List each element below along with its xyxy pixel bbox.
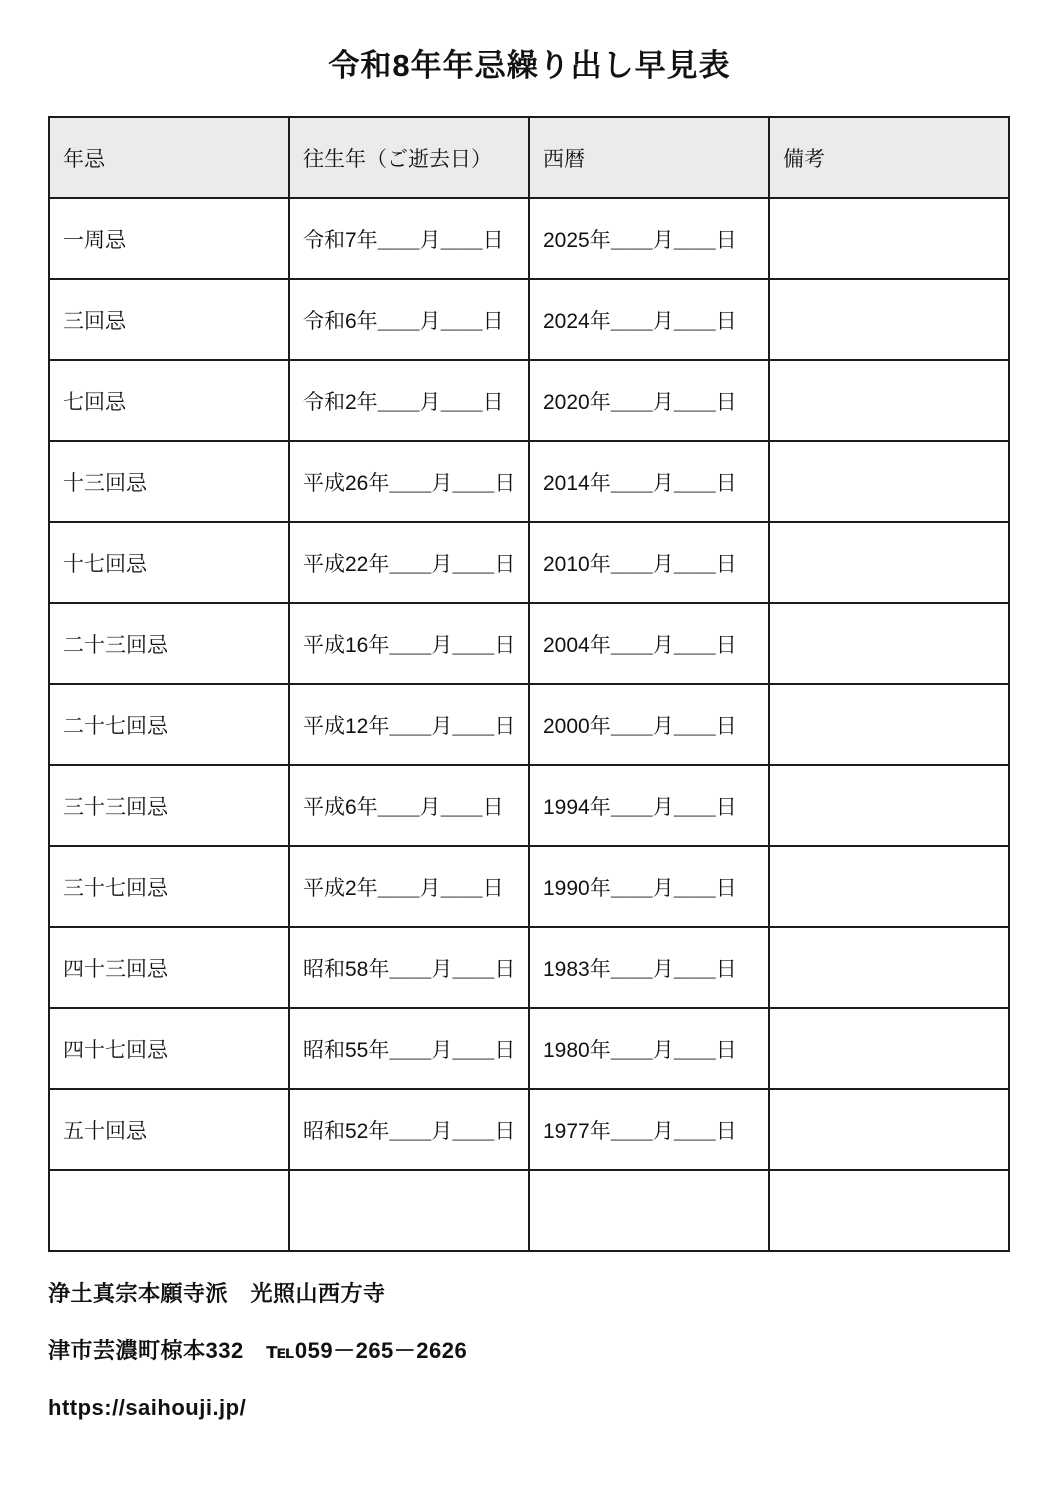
footer: 浄土真宗本願寺派 光照山西方寺 津市芸濃町椋本332 ℡059－265－2626… xyxy=(48,1282,1059,1420)
cell-seireki-date: 2004年＿＿月＿＿日 xyxy=(529,603,769,684)
cell-oujou-date: 平成2年＿＿月＿＿日 xyxy=(289,846,529,927)
cell-oujou-date: 令和6年＿＿月＿＿日 xyxy=(289,279,529,360)
cell-biko xyxy=(769,1170,1009,1251)
cell-nenki xyxy=(49,1170,289,1251)
cell-seireki-date: 1994年＿＿月＿＿日 xyxy=(529,765,769,846)
cell-seireki-date: 1983年＿＿月＿＿日 xyxy=(529,927,769,1008)
cell-nenki: 二十七回忌 xyxy=(49,684,289,765)
memorial-table-body: 一周忌 令和7年＿＿月＿＿日 2025年＿＿月＿＿日 三回忌 令和6年＿＿月＿＿… xyxy=(49,198,1009,1251)
cell-oujou-date: 平成6年＿＿月＿＿日 xyxy=(289,765,529,846)
cell-biko xyxy=(769,522,1009,603)
cell-nenki: 一周忌 xyxy=(49,198,289,279)
table-header: 年忌 往生年（ご逝去日） 西暦 備考 xyxy=(49,117,1009,198)
cell-biko xyxy=(769,441,1009,522)
cell-oujou-date: 昭和58年＿＿月＿＿日 xyxy=(289,927,529,1008)
cell-nenki: 五十回忌 xyxy=(49,1089,289,1170)
cell-oujou-date: 平成26年＿＿月＿＿日 xyxy=(289,441,529,522)
cell-nenki: 十三回忌 xyxy=(49,441,289,522)
cell-nenki: 三十七回忌 xyxy=(49,846,289,927)
cell-biko xyxy=(769,846,1009,927)
cell-seireki-date: 2014年＿＿月＿＿日 xyxy=(529,441,769,522)
cell-oujou-date: 昭和52年＿＿月＿＿日 xyxy=(289,1089,529,1170)
footer-address-tel: 津市芸濃町椋本332 ℡059－265－2626 xyxy=(48,1339,1059,1363)
table-row xyxy=(49,1170,1009,1251)
cell-biko xyxy=(769,279,1009,360)
cell-nenki: 十七回忌 xyxy=(49,522,289,603)
cell-seireki-date xyxy=(529,1170,769,1251)
table-row: 四十三回忌 昭和58年＿＿月＿＿日 1983年＿＿月＿＿日 xyxy=(49,927,1009,1008)
table-row: 三十七回忌 平成2年＿＿月＿＿日 1990年＿＿月＿＿日 xyxy=(49,846,1009,927)
cell-biko xyxy=(769,360,1009,441)
cell-seireki-date: 2020年＿＿月＿＿日 xyxy=(529,360,769,441)
table-row: 二十三回忌 平成16年＿＿月＿＿日 2004年＿＿月＿＿日 xyxy=(49,603,1009,684)
table-row: 十七回忌 平成22年＿＿月＿＿日 2010年＿＿月＿＿日 xyxy=(49,522,1009,603)
table-row: 五十回忌 昭和52年＿＿月＿＿日 1977年＿＿月＿＿日 xyxy=(49,1089,1009,1170)
cell-biko xyxy=(769,603,1009,684)
table-row: 七回忌 令和2年＿＿月＿＿日 2020年＿＿月＿＿日 xyxy=(49,360,1009,441)
column-header-nenki: 年忌 xyxy=(49,117,289,198)
table-row: 三回忌 令和6年＿＿月＿＿日 2024年＿＿月＿＿日 xyxy=(49,279,1009,360)
table-row: 三十三回忌 平成6年＿＿月＿＿日 1994年＿＿月＿＿日 xyxy=(49,765,1009,846)
cell-nenki: 七回忌 xyxy=(49,360,289,441)
table-row: 十三回忌 平成26年＿＿月＿＿日 2014年＿＿月＿＿日 xyxy=(49,441,1009,522)
cell-seireki-date: 1980年＿＿月＿＿日 xyxy=(529,1008,769,1089)
cell-nenki: 四十三回忌 xyxy=(49,927,289,1008)
document-page: 令和8年年忌繰り出し早見表 年忌 往生年（ご逝去日） 西暦 備考 一周忌 令和7… xyxy=(0,0,1059,1497)
cell-oujou-date xyxy=(289,1170,529,1251)
memorial-anniversary-table: 年忌 往生年（ご逝去日） 西暦 備考 一周忌 令和7年＿＿月＿＿日 2025年＿… xyxy=(48,116,1010,1252)
cell-nenki: 二十三回忌 xyxy=(49,603,289,684)
cell-biko xyxy=(769,1089,1009,1170)
cell-oujou-date: 令和7年＿＿月＿＿日 xyxy=(289,198,529,279)
cell-biko xyxy=(769,927,1009,1008)
cell-seireki-date: 2000年＿＿月＿＿日 xyxy=(529,684,769,765)
cell-seireki-date: 2010年＿＿月＿＿日 xyxy=(529,522,769,603)
cell-seireki-date: 1990年＿＿月＿＿日 xyxy=(529,846,769,927)
column-header-oujou-date: 往生年（ご逝去日） xyxy=(289,117,529,198)
cell-seireki-date: 2024年＿＿月＿＿日 xyxy=(529,279,769,360)
column-header-biko: 備考 xyxy=(769,117,1009,198)
footer-url: https://saihouji.jp/ xyxy=(48,1396,1059,1420)
cell-oujou-date: 平成16年＿＿月＿＿日 xyxy=(289,603,529,684)
cell-nenki: 四十七回忌 xyxy=(49,1008,289,1089)
cell-oujou-date: 令和2年＿＿月＿＿日 xyxy=(289,360,529,441)
column-header-seireki: 西暦 xyxy=(529,117,769,198)
cell-biko xyxy=(769,1008,1009,1089)
page-title: 令和8年年忌繰り出し早見表 xyxy=(0,0,1059,86)
cell-nenki: 三十三回忌 xyxy=(49,765,289,846)
cell-nenki: 三回忌 xyxy=(49,279,289,360)
cell-biko xyxy=(769,684,1009,765)
cell-oujou-date: 平成22年＿＿月＿＿日 xyxy=(289,522,529,603)
cell-seireki-date: 1977年＿＿月＿＿日 xyxy=(529,1089,769,1170)
table-row: 二十七回忌 平成12年＿＿月＿＿日 2000年＿＿月＿＿日 xyxy=(49,684,1009,765)
cell-oujou-date: 平成12年＿＿月＿＿日 xyxy=(289,684,529,765)
table-row: 一周忌 令和7年＿＿月＿＿日 2025年＿＿月＿＿日 xyxy=(49,198,1009,279)
cell-biko xyxy=(769,765,1009,846)
footer-temple-name: 浄土真宗本願寺派 光照山西方寺 xyxy=(48,1282,1059,1306)
cell-oujou-date: 昭和55年＿＿月＿＿日 xyxy=(289,1008,529,1089)
table-header-row: 年忌 往生年（ご逝去日） 西暦 備考 xyxy=(49,117,1009,198)
cell-seireki-date: 2025年＿＿月＿＿日 xyxy=(529,198,769,279)
table-row: 四十七回忌 昭和55年＿＿月＿＿日 1980年＿＿月＿＿日 xyxy=(49,1008,1009,1089)
cell-biko xyxy=(769,198,1009,279)
